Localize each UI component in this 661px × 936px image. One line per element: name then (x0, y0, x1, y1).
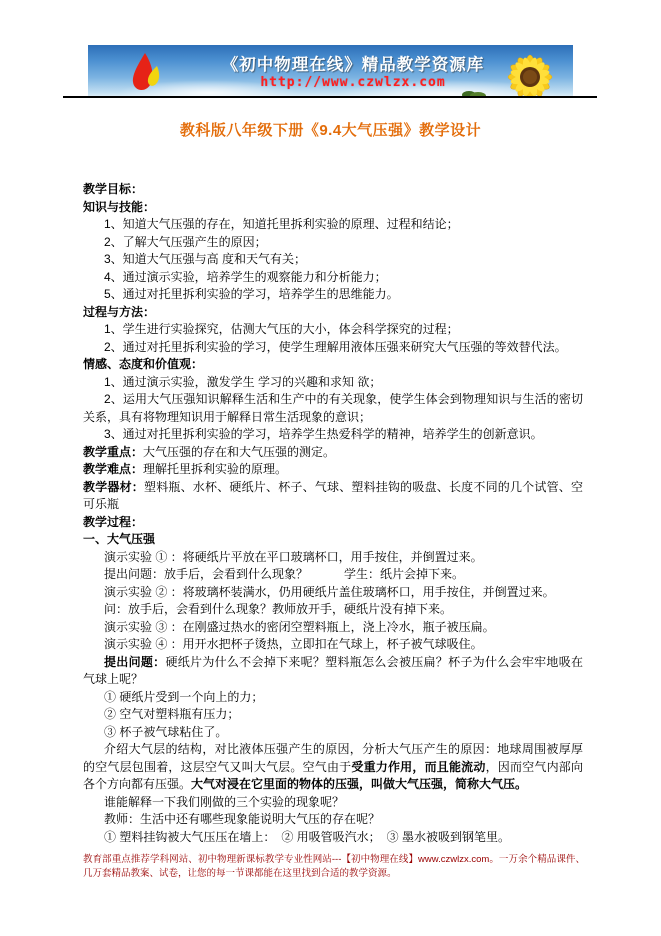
paragraph: 提出问题：硬纸片为什么不会掉下来呢？塑料瓶怎么会被压扁？杯子为什么会牢牢地吸在气… (83, 654, 583, 689)
paragraph: 演示实验 ② ：将玻璃杯装满水，仍用硬纸片盖住玻璃杯口，用手按住，并倒置过来。 (83, 584, 583, 602)
site-banner: 《初中物理在线》精品教学资源库 http://www.czwlzx.com (88, 45, 573, 98)
flame-logo-icon (126, 52, 166, 94)
document-body: 教学目标：知识与技能：1、知道大气压强的存在，知道托里拆利实验的原理、过程和结论… (83, 181, 583, 846)
paragraph: 1、知道大气压强的存在，知道托里拆利实验的原理、过程和结论； (83, 216, 583, 234)
paragraph: 谁能解释一下我们刚做的三个实验的现象呢？ (83, 794, 583, 812)
paragraph: 问：放手后，会看到什么现象？教师放开手，硬纸片没有掉下来。 (83, 601, 583, 619)
paragraph: 演示实验 ③ ：在刚盛过热水的密闭空塑料瓶上，浇上冷水，瓶子被压扁。 (83, 619, 583, 637)
paragraph: 教学重点：大气压强的存在和大气压强的测定。 (83, 444, 583, 462)
paragraph: 教学器材：塑料瓶、水杯、硬纸片、杯子、气球、塑料挂钩的吸盘、长度不同的几个试管、… (83, 479, 583, 514)
paragraph: 3、通过对托里拆利实验的学习，培养学生热爱科学的精神，培养学生的创新意识。 (83, 426, 583, 444)
paragraph: 3、知道大气压强与高 度和天气有关； (83, 251, 583, 269)
paragraph: 演示实验 ① ：将硬纸片平放在平口玻璃杯口，用手按住，并倒置过来。 (83, 549, 583, 567)
page-title: 教科版八年级下册《9.4大气压强》教学设计 (0, 119, 661, 140)
site-name: 《初中物理在线》精品教学资源库 (198, 51, 508, 75)
paragraph: 情感、态度和价值观： (83, 356, 583, 374)
paragraph: ③ 杯子被气球粘住了。 (83, 724, 583, 742)
paragraph: 2、通过对托里拆利实验的学习，使学生理解用液体压强来研究大气压强的等效替代法。 (83, 339, 583, 357)
paragraph: 过程与方法： (83, 304, 583, 322)
paragraph: 知识与技能： (83, 199, 583, 217)
footer-note: 教育部重点推荐学科网站、初中物理新课标教学专业性网站---【初中物理在线】www… (83, 853, 585, 880)
paragraph: 一、大气压强 (83, 531, 583, 549)
horizontal-rule (63, 96, 597, 98)
paragraph: 教学难点：理解托里拆利实验的原理。 (83, 461, 583, 479)
paragraph: 教师：生活中还有哪些现象能说明大气压的存在呢？ (83, 811, 583, 829)
paragraph: 教学目标： (83, 181, 583, 199)
paragraph: 介绍大气层的结构，对比液体压强产生的原因，分析大气压产生的原因：地球周围被厚厚的… (83, 741, 583, 794)
paragraph: 1、通过演示实验，激发学生 学习的兴趣和求知 欲； (83, 374, 583, 392)
paragraph: 提出问题：放手后，会看到什么现象？ 学生：纸片会掉下来。 (83, 566, 583, 584)
paragraph: 演示实验 ④ ：用开水把杯子烫热，立即扣在气球上，杯子被气球吸住。 (83, 636, 583, 654)
paragraph: ① 塑料挂钩被大气压压在墙上： ② 用吸管吸汽水； ③ 墨水被吸到钢笔里。 (83, 829, 583, 847)
paragraph: 教学过程： (83, 514, 583, 532)
paragraph: 2、了解大气压强产生的原因； (83, 234, 583, 252)
paragraph: 2、运用大气压强知识解释生活和生产中的有关现象，使学生体会到物理知识与生活的密切… (83, 391, 583, 426)
sunflower-icon (497, 48, 569, 98)
paragraph: 4、通过演示实验，培养学生的观察能力和分析能力； (83, 269, 583, 287)
paragraph: 1、学生进行实验探究，估测大气压的大小，体会科学探究的过程； (83, 321, 583, 339)
paragraph: ① 硬纸片受到一个向上的力； (83, 689, 583, 707)
paragraph: ② 空气对塑料瓶有压力； (83, 706, 583, 724)
document-page: 《初中物理在线》精品教学资源库 http://www.czwlzx.com (0, 0, 661, 936)
paragraph: 5、通过对托里拆利实验的学习，培养学生的思维能力。 (83, 286, 583, 304)
